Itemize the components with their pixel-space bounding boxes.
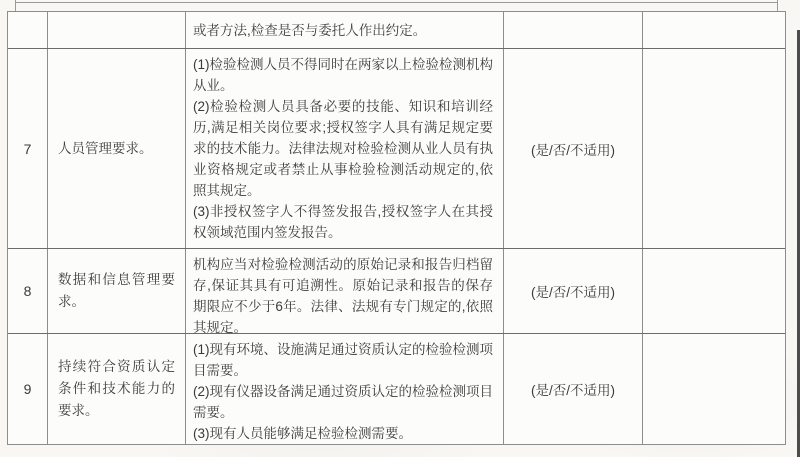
requirement-text: (1)现有环境、设施满足通过资质认定的检验检测项目需要。 (193, 339, 493, 381)
scanned-document-page: 或者方法,检查是否与委托人作出约定。 7 人员管理要求。 (1)检验检测人员不得… (0, 0, 800, 457)
category-text: 持续符合资质认定条件和技术能力的要求。 (58, 356, 175, 422)
table-row-continuation: 或者方法,检查是否与委托人作出约定。 (8, 12, 785, 49)
requirements-cell: (1)检验检测人员不得同时在两家以上检验检测机构从业。 (2)检验检测人员具备必… (186, 49, 504, 248)
requirement-text: (2)现有仪器设备满足通过资质认定的检验检测项目需要。 (193, 381, 493, 423)
requirement-text: (3)现有人员能够满足检验检测需要。 (193, 423, 493, 444)
answer-cell: (是/否/不适用) (504, 49, 643, 248)
answer-cell (504, 12, 643, 48)
requirement-text: (3)非授权签字人不得签发报告,授权签字人在其授权领域范围内签发报告。 (193, 201, 493, 243)
answer-cell: (是/否/不适用) (504, 334, 643, 444)
requirement-text: (2)检验检测人员具备必要的技能、知识和培训经历,满足相关岗位要求;授权签字人具… (193, 96, 493, 201)
row-number-cell: 8 (8, 249, 48, 333)
table-row-8: 8 数据和信息管理要求。 机构应当对检验检测活动的原始记录和报告归档留存,保证其… (8, 249, 785, 334)
category-cell (48, 12, 186, 48)
requirements-cell: 或者方法,检查是否与委托人作出约定。 (186, 12, 504, 48)
category-cell: 数据和信息管理要求。 (48, 249, 186, 333)
row-number-cell: 9 (8, 334, 48, 444)
notes-cell (643, 334, 785, 444)
table-row-9: 9 持续符合资质认定条件和技术能力的要求。 (1)现有环境、设施满足通过资质认定… (8, 334, 785, 444)
notes-cell (643, 249, 785, 333)
row-number-cell (8, 12, 48, 48)
category-text: 人员管理要求。 (58, 138, 175, 160)
category-cell: 持续符合资质认定条件和技术能力的要求。 (48, 334, 186, 444)
row-number-cell: 7 (8, 49, 48, 248)
table-row-7: 7 人员管理要求。 (1)检验检测人员不得同时在两家以上检验检测机构从业。 (2… (8, 49, 785, 249)
category-text: 数据和信息管理要求。 (58, 269, 175, 313)
checklist-table: 或者方法,检查是否与委托人作出约定。 7 人员管理要求。 (1)检验检测人员不得… (7, 11, 786, 445)
requirements-cell: 机构应当对检验检测活动的原始记录和报告归档留存,保证其具有可追溯性。原始记录和报… (186, 249, 504, 333)
notes-cell (643, 12, 785, 48)
requirements-cell: (1)现有环境、设施满足通过资质认定的检验检测项目需要。 (2)现有仪器设备满足… (186, 334, 504, 444)
requirement-text: 或者方法,检查是否与委托人作出约定。 (193, 20, 426, 41)
answer-cell: (是/否/不适用) (504, 249, 643, 333)
requirement-text: (1)检验检测人员不得同时在两家以上检验检测机构从业。 (193, 54, 493, 96)
scan-artifact-top-line (15, 2, 777, 3)
notes-cell (643, 49, 785, 248)
category-cell: 人员管理要求。 (48, 49, 186, 248)
requirement-text: 机构应当对检验检测活动的原始记录和报告归档留存,保证其具有可追溯性。原始记录和报… (193, 254, 493, 333)
